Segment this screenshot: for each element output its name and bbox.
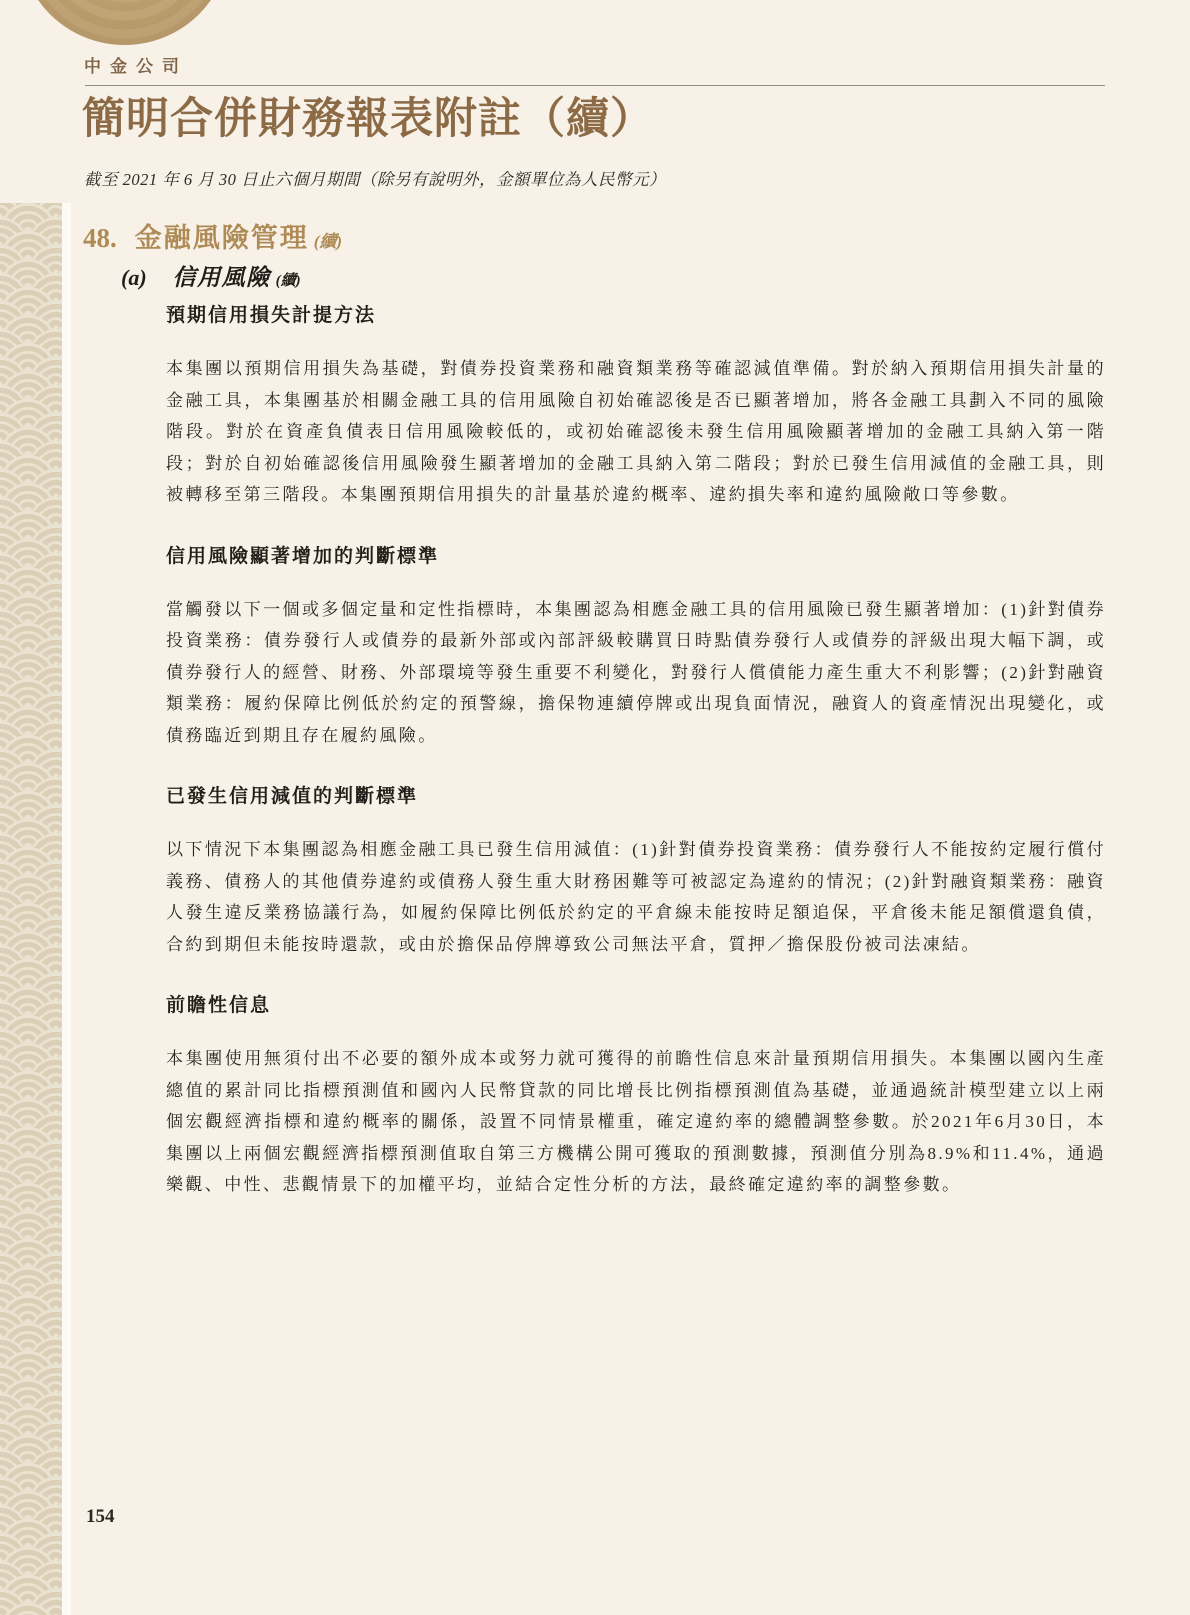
section-heading: 48.金融風險管理(續) [83, 222, 342, 258]
note-block: 已發生信用減值的判斷標準 以下情況下本集團認為相應金融工具已發生信用減值：(1)… [166, 784, 1106, 960]
subsection-continued-label: (續) [276, 273, 301, 289]
page-number: 154 [86, 1506, 115, 1528]
page-subtitle: 截至 2021 年 6 月 30 日止六個月期間（除另有說明外，金額單位為人民幣… [84, 166, 666, 190]
header-divider [85, 85, 1105, 86]
note-content: 預期信用損失計提方法 本集團以預期信用損失為基礎，對債券投資業務和融資類業務等確… [166, 303, 1106, 1234]
subsection-title: 信用風險 [173, 265, 271, 290]
note-block: 預期信用損失計提方法 本集團以預期信用損失為基礎，對債券投資業務和融資類業務等確… [166, 303, 1106, 511]
block-paragraph: 當觸發以下一個或多個定量和定性指標時，本集團認為相應金融工具的信用風險已發生顯著… [166, 594, 1106, 752]
company-name: 中金公司 [84, 52, 188, 77]
block-paragraph: 本集團以預期信用損失為基礎，對債券投資業務和融資類業務等確認減值準備。對於納入預… [166, 353, 1106, 511]
subsection-heading: (a)信用風險(續) [121, 263, 301, 296]
block-paragraph: 以下情況下本集團認為相應金融工具已發生信用減值：(1)針對債券投資業務：債券發行… [166, 834, 1106, 960]
block-heading: 前瞻性信息 [166, 993, 1106, 1019]
subsection-letter: (a) [121, 263, 147, 293]
block-heading: 已發生信用減值的判斷標準 [166, 784, 1106, 810]
section-number: 48. [83, 222, 117, 254]
block-paragraph: 本集團使用無須付出不必要的額外成本或努力就可獲得的前瞻性信息來計量預期信用損失。… [166, 1043, 1106, 1201]
block-heading: 預期信用損失計提方法 [166, 303, 1106, 329]
wave-pattern-strip [0, 203, 62, 1615]
page-title: 簡明合併財務報表附註（續） [82, 92, 654, 148]
section-continued-label: (續) [314, 232, 342, 251]
section-title: 金融風險管理 [135, 223, 309, 253]
pattern-divider [62, 203, 71, 1615]
block-heading: 信用風險顯著增加的判斷標準 [166, 544, 1106, 570]
note-block: 信用風險顯著增加的判斷標準 當觸發以下一個或多個定量和定性指標時，本集團認為相應… [166, 544, 1106, 752]
company-logo [19, 0, 230, 45]
note-block: 前瞻性信息 本集團使用無須付出不必要的額外成本或努力就可獲得的前瞻性信息來計量預… [166, 993, 1106, 1201]
